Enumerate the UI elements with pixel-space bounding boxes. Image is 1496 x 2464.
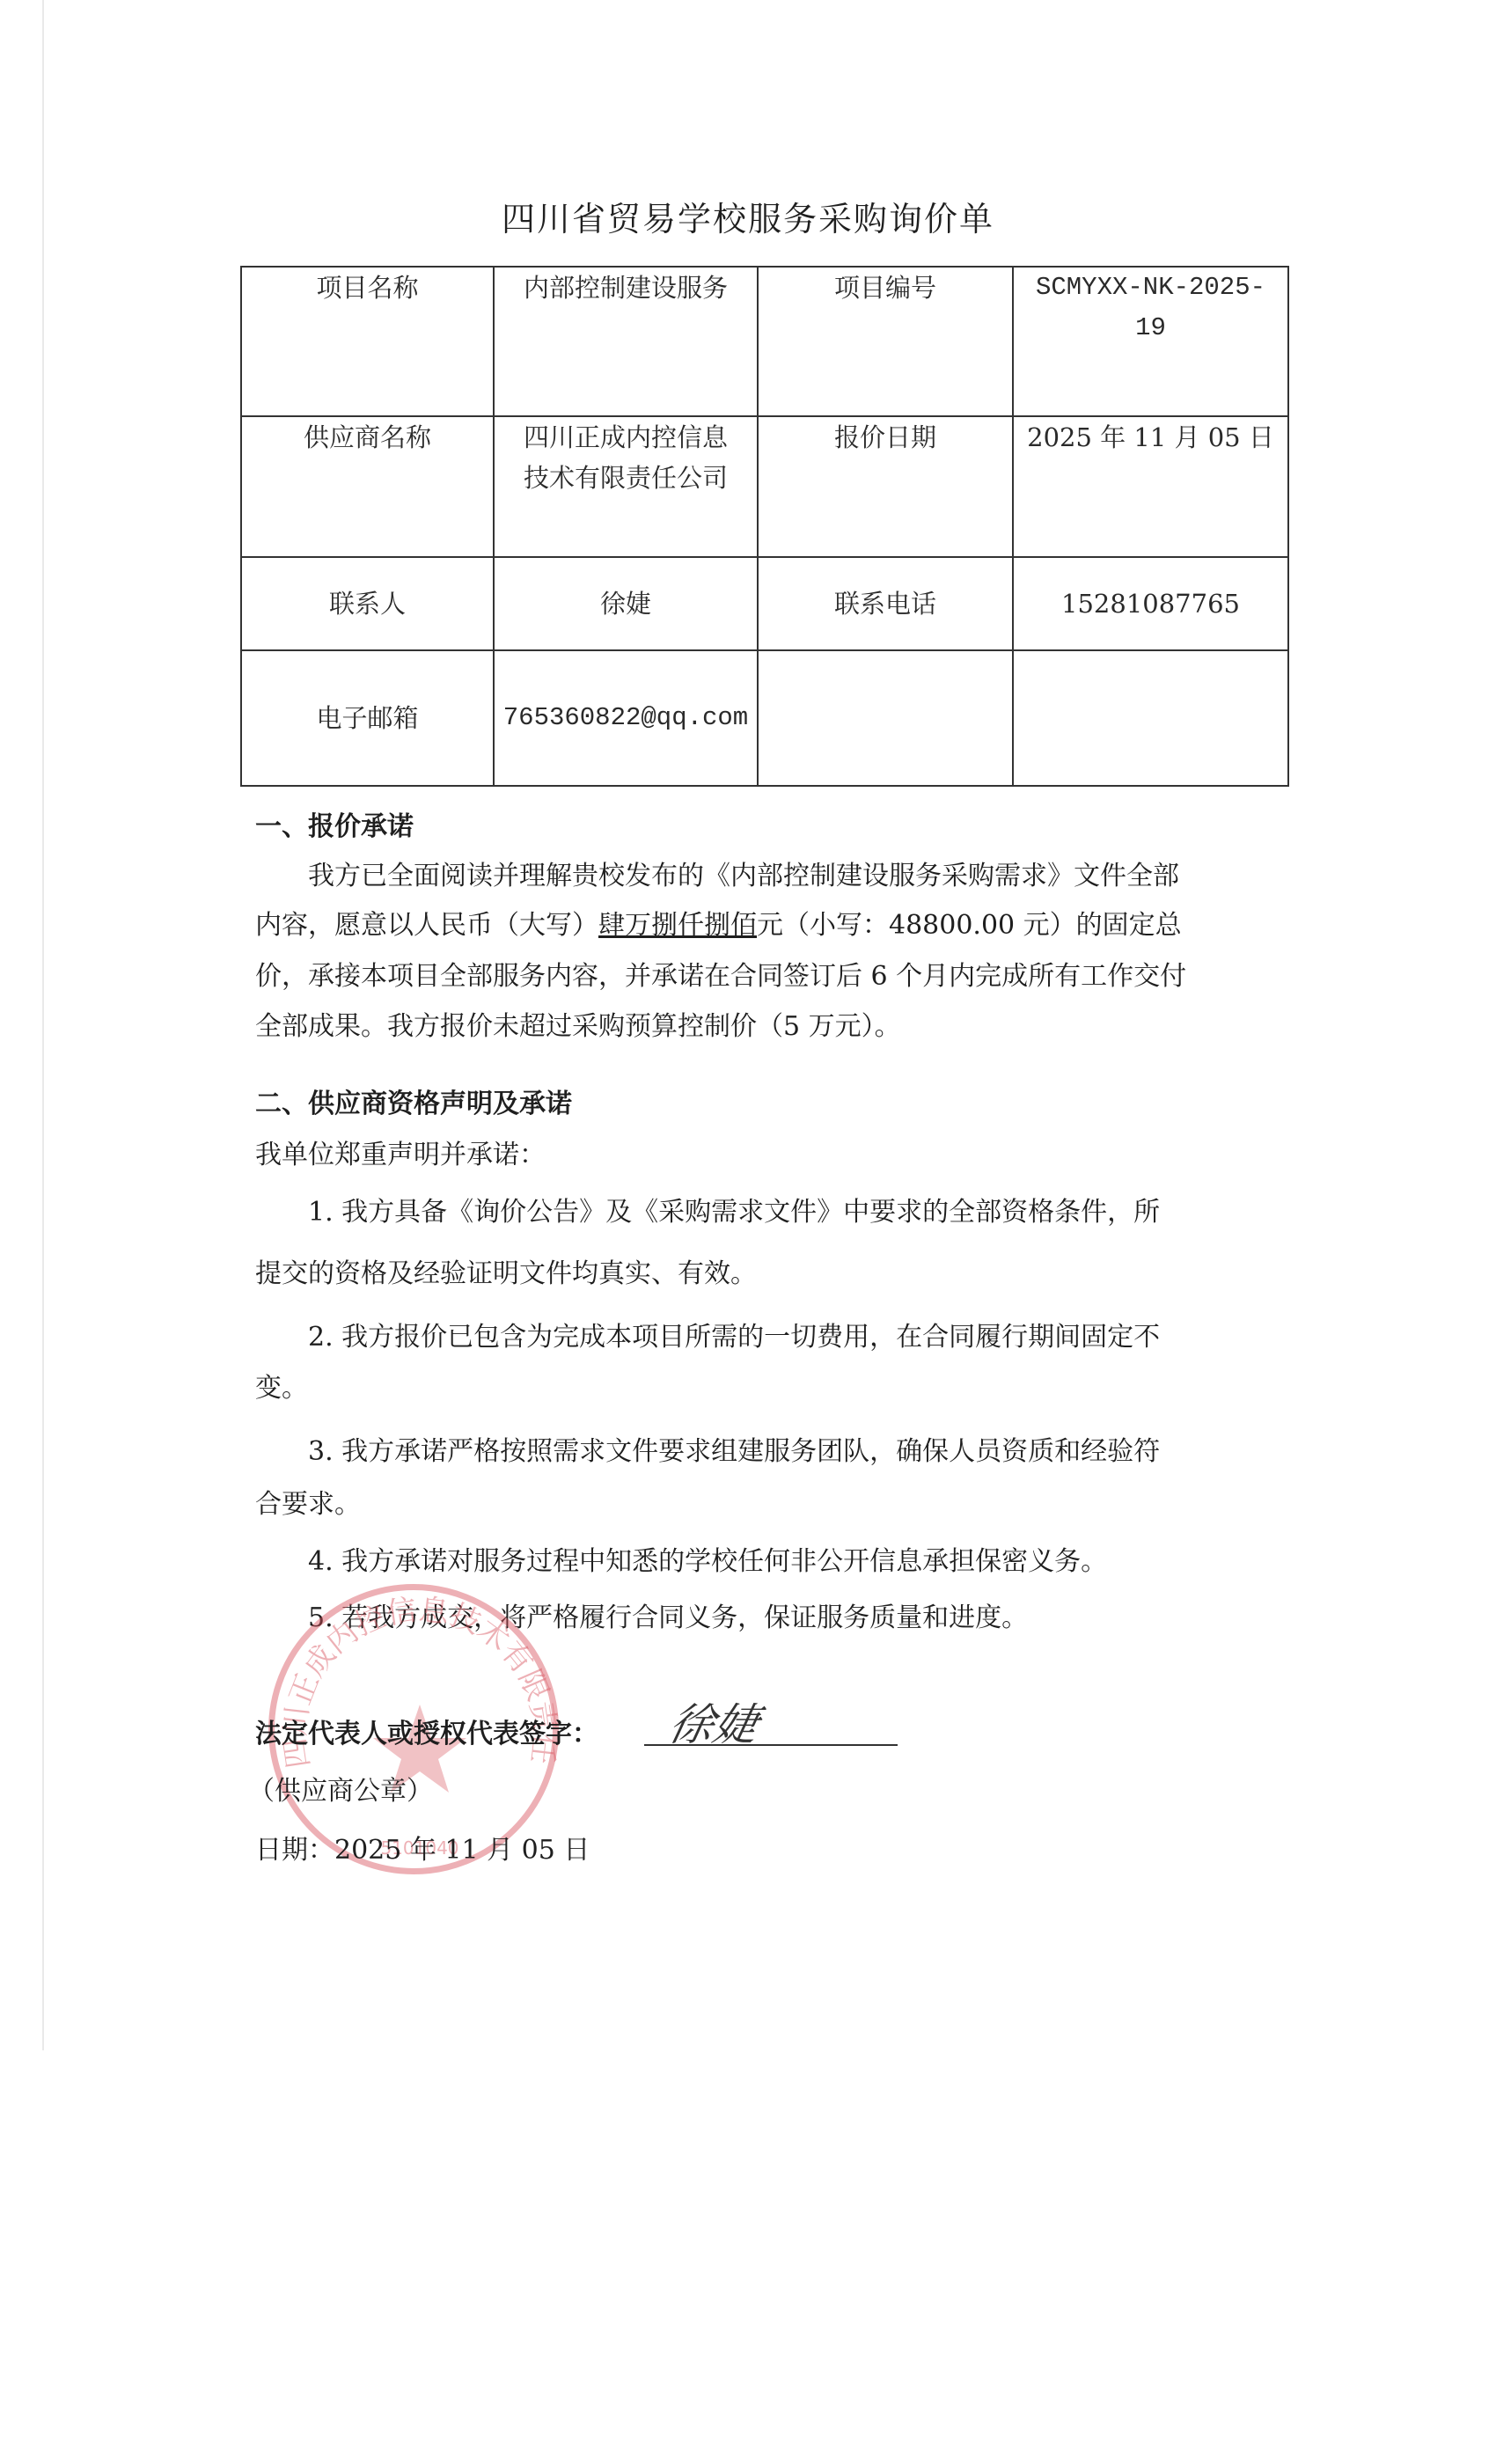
section2-intro: 我单位郑重声明并承诺： (255, 1133, 546, 1171)
section1-line-part: 元（小写：48800.00 元）的固定总 (757, 910, 1182, 941)
empty-cell (758, 650, 1013, 786)
section1-line: 内容，愿意以人民币（大写）肆万捌仟捌佰元（小写：48800.00 元）的固定总 (255, 903, 1182, 942)
value-project-name: 内部控制建设服务 (494, 267, 758, 416)
date-label: 日期：2025 年 11 月 05 日 (255, 1828, 590, 1866)
inquiry-table: 项目名称 内部控制建设服务 项目编号 SCMYXX-NK-2025-19 供应商… (240, 266, 1289, 787)
commitment-item-1: 1. 我方具备《询价公告》及《采购需求文件》中要求的全部资格条件，所 (308, 1190, 1160, 1228)
commitment-item-2: 2. 我方报价已包含为完成本项目所需的一切费用，在合同履行期间固定不 (308, 1315, 1160, 1353)
value-phone: 15281087765 (1013, 557, 1288, 650)
label-quote-date: 报价日期 (758, 416, 1013, 557)
table-row: 联系人 徐婕 联系电话 15281087765 (241, 557, 1288, 650)
commitment-item-3-cont: 合要求。 (255, 1482, 361, 1521)
commitment-item-4: 4. 我方承诺对服务过程中知悉的学校任何非公开信息承担保密义务。 (308, 1539, 1107, 1578)
commitment-item-2-cont: 变。 (255, 1366, 308, 1404)
supplier-name-line1: 四川正成内控信息 (502, 417, 750, 458)
table-row: 项目名称 内部控制建设服务 项目编号 SCMYXX-NK-2025-19 (241, 267, 1288, 416)
signature-label: 法定代表人或授权代表签字： (255, 1712, 598, 1750)
signature-line (644, 1744, 898, 1746)
commitment-item-1-cont: 提交的资格及经验证明文件均真实、有效。 (255, 1251, 757, 1290)
section1-line: 全部成果。我方报价未超过采购预算控制价（5 万元）。 (255, 1004, 901, 1043)
commitment-item-3: 3. 我方承诺严格按照需求文件要求组建服务团队，确保人员资质和经验符 (308, 1429, 1160, 1468)
label-contact: 联系人 (241, 557, 494, 650)
seal-label: （供应商公章） (248, 1769, 433, 1808)
label-project-number: 项目编号 (758, 267, 1013, 416)
label-supplier-name: 供应商名称 (241, 416, 494, 557)
document-title: 四川省贸易学校服务采购询价单 (0, 192, 1496, 240)
section1-heading: 一、报价承诺 (255, 804, 414, 843)
scan-edge (42, 0, 44, 2050)
label-phone: 联系电话 (758, 557, 1013, 650)
amount-in-words: 肆万捌仟捌佰 (598, 910, 757, 941)
supplier-name-line2: 技术有限责任公司 (502, 458, 750, 498)
value-contact: 徐婕 (494, 557, 758, 650)
table-row: 供应商名称 四川正成内控信息 技术有限责任公司 报价日期 2025 年 11 月… (241, 416, 1288, 557)
value-supplier-name: 四川正成内控信息 技术有限责任公司 (494, 416, 758, 557)
label-email: 电子邮箱 (241, 650, 494, 786)
table-row: 电子邮箱 765360822@qq.com (241, 650, 1288, 786)
section1-line-part: 内容，愿意以人民币（大写） (255, 910, 598, 941)
empty-cell (1013, 650, 1288, 786)
value-quote-date: 2025 年 11 月 05 日 (1013, 416, 1288, 557)
value-project-number: SCMYXX-NK-2025-19 (1013, 267, 1288, 416)
value-email: 765360822@qq.com (494, 650, 758, 786)
section1-line: 价，承接本项目全部服务内容，并承诺在合同签订后 6 个月内完成所有工作交付 (255, 954, 1186, 993)
label-project-name: 项目名称 (241, 267, 494, 416)
section2-heading: 二、供应商资格声明及承诺 (255, 1082, 572, 1120)
section1-line: 我方已全面阅读并理解贵校发布的《内部控制建设服务采购需求》文件全部 (308, 854, 1179, 892)
